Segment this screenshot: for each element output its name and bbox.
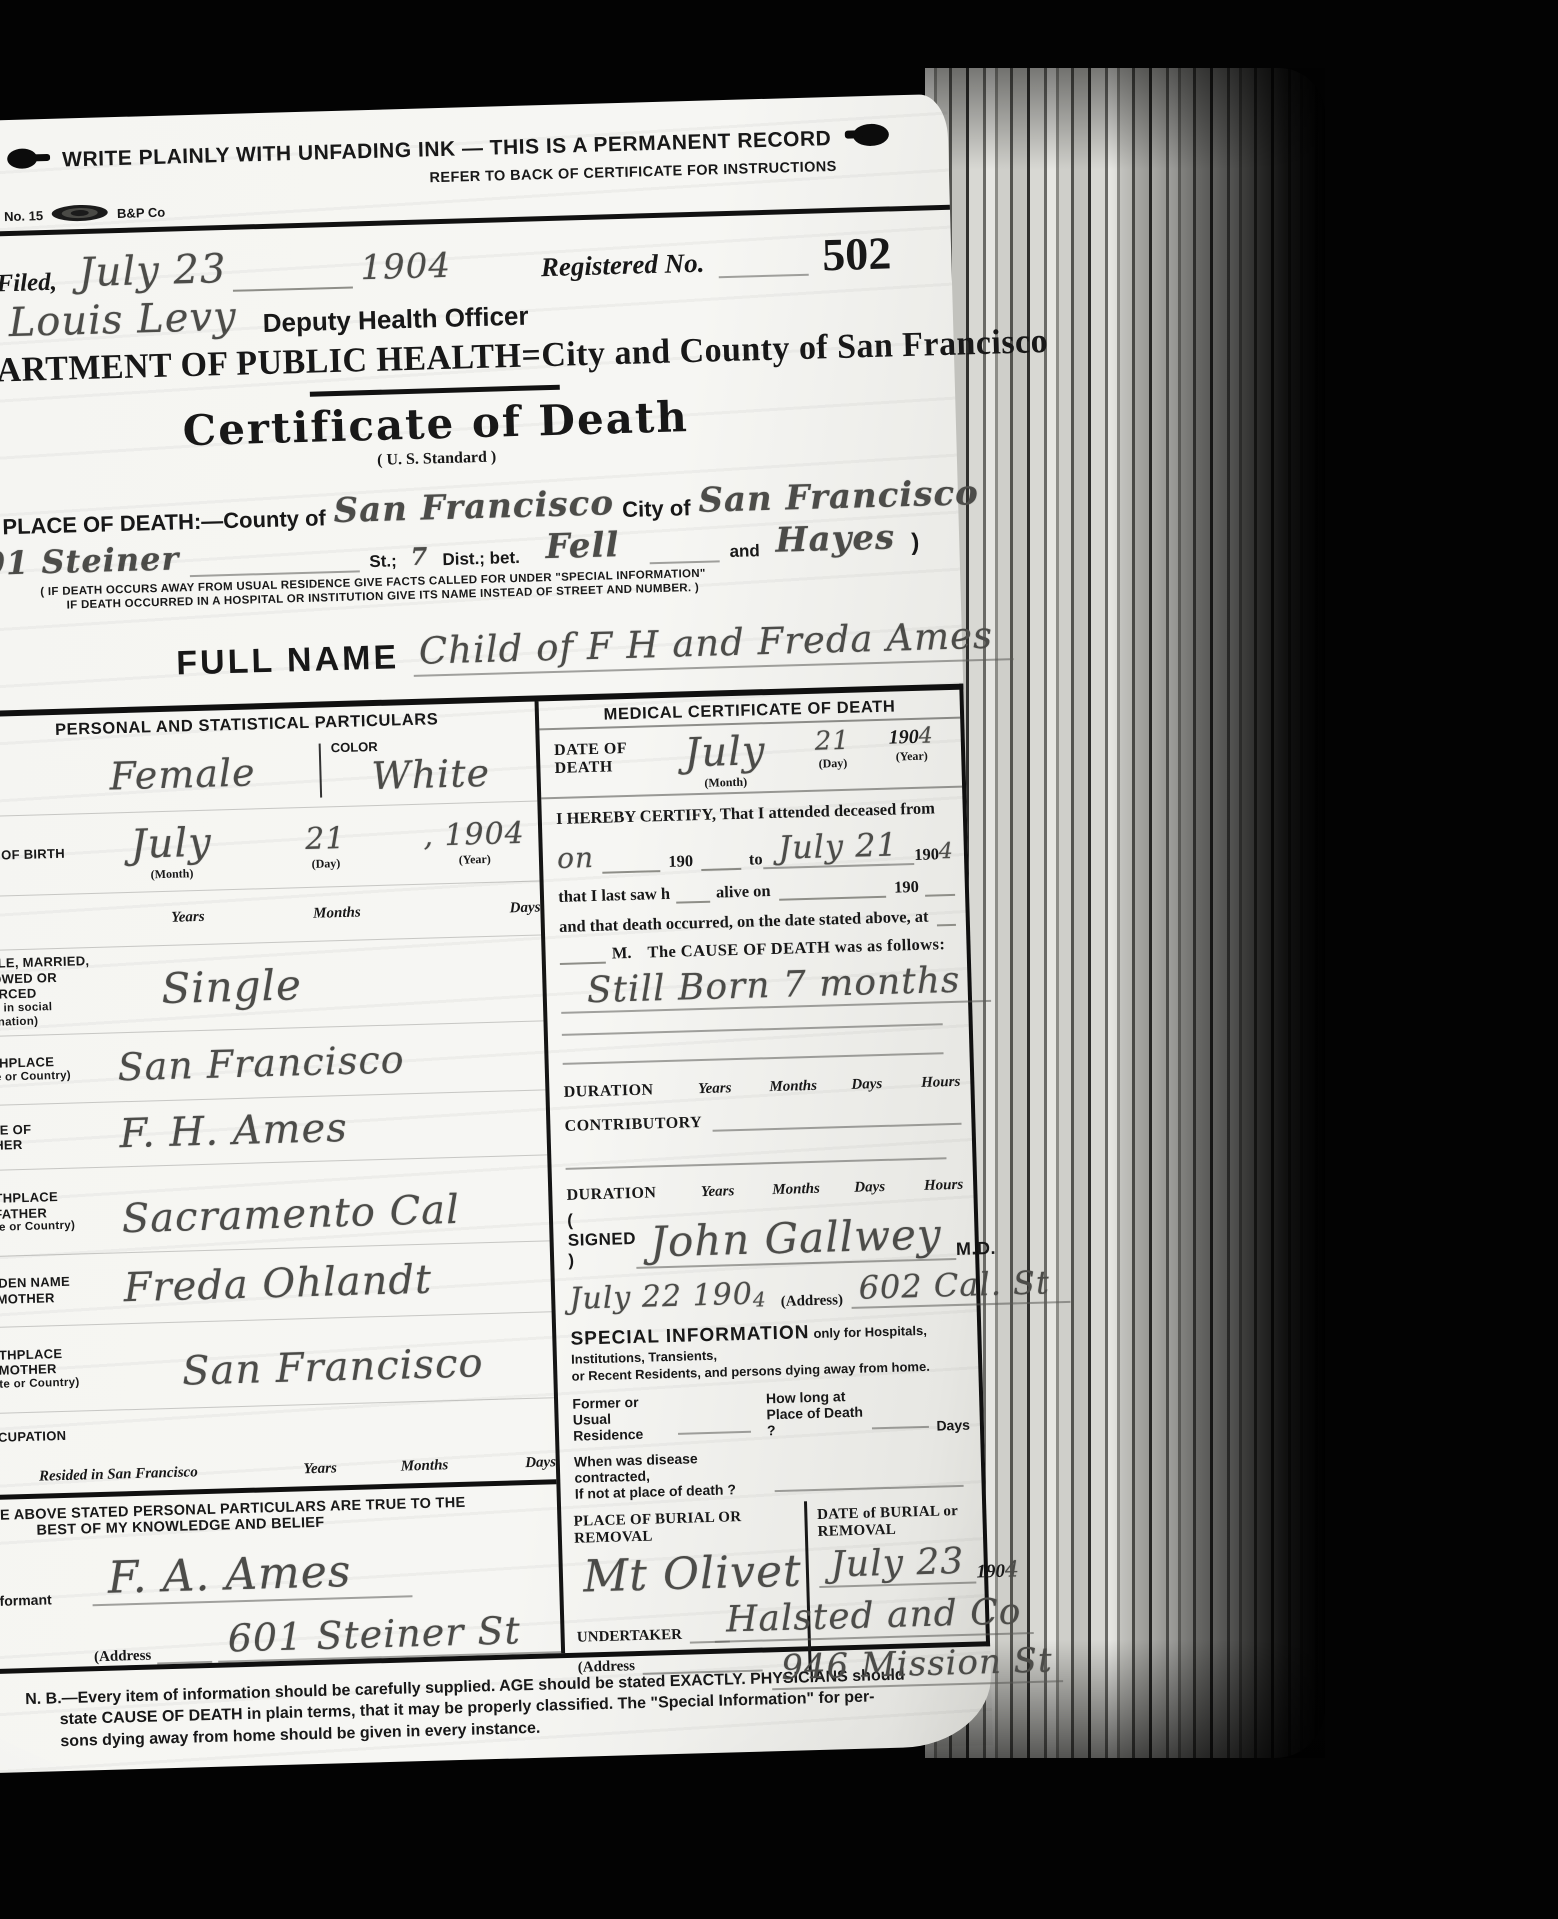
last-saw-year-printed: 190 — [894, 877, 919, 898]
informant-signature-handwriting: F. A. Ames — [91, 1544, 412, 1606]
death-day-handwriting: 21 — [814, 726, 850, 757]
close-paren: ) — [911, 529, 920, 557]
m-label: M. — [612, 943, 632, 964]
marital-value-handwriting: Single — [161, 960, 303, 1013]
burial-date-handwriting: July 23 — [818, 1540, 977, 1587]
month-caption: (Month) — [112, 865, 232, 883]
informant-label: (Informant — [0, 1590, 93, 1609]
death-year-printed: 190 — [888, 726, 919, 749]
to-label: to — [749, 849, 763, 869]
informant-address-label: (Address — [94, 1647, 152, 1666]
district-handwriting: 7 — [410, 541, 429, 570]
sex-value-handwriting: Female — [109, 748, 320, 798]
burial-section: PLACE OF BURIAL OR REMOVAL Mt Olivet UND… — [561, 1496, 986, 1677]
death-certificate-document: WRITE PLAINLY WITH UNFADING INK — THIS I… — [0, 94, 993, 1774]
informant-address-handwriting: 601 Steiner St — [217, 1607, 561, 1663]
duration2-years-caption: Years — [680, 1182, 756, 1201]
undertaker-name-handwriting: Halsted and Co — [713, 1591, 1034, 1643]
to-year-printed: 190 — [914, 844, 939, 865]
father-birthplace-row: BIRTHPLACE OF FATHER (State or Country) … — [0, 1156, 550, 1258]
signed-address-label: (Address) — [781, 1292, 844, 1311]
birthplace-value-handwriting: San Francisco — [117, 1037, 405, 1089]
form-table: PERSONAL AND STATISTICAL PARTICULARS Fem… — [0, 683, 990, 1675]
attended-to-handwriting: July 21 — [762, 825, 915, 869]
resided-months-caption: Months — [374, 1456, 474, 1476]
undertaker-label: UNDERTAKER — [577, 1627, 682, 1647]
duration-hours-caption: Hours — [900, 1074, 961, 1093]
marital-status-row: SINGLE, MARRIED, WIDOWED OR DIVORCED (Wr… — [0, 936, 544, 1038]
former-residence-label-2: Usual Residence — [573, 1409, 679, 1444]
color-value-handwriting: White — [371, 751, 491, 798]
title-underline — [310, 385, 560, 397]
age-label — [0, 920, 113, 924]
to-year-handwriting: 4 — [939, 839, 955, 864]
birthplace-label-2: (State or Country) — [0, 1068, 118, 1086]
resided-days-caption: Days — [474, 1454, 556, 1473]
full-name-row: FULL NAME Child of F H and Freda Ames — [176, 616, 903, 683]
registered-no-label: Registered No. — [541, 248, 705, 284]
md-label: M.D. — [956, 1238, 997, 1260]
death-month-handwriting: July — [684, 728, 766, 776]
printer-seal-icon — [51, 203, 110, 226]
death-year-handwriting: 4 — [918, 723, 934, 748]
filed-date-handwriting: July 23 — [78, 246, 227, 296]
signed-date-year-handwriting: 4 — [753, 1287, 767, 1311]
undertaker-address-handwriting: 946 Mission St — [771, 1640, 1063, 1690]
city-handwriting: San Francisco — [698, 473, 979, 521]
attest-section: THE ABOVE STATED PERSONAL PARTICULARS AR… — [0, 1479, 561, 1669]
between-street-2-handwriting: Hayes — [775, 517, 896, 560]
disease-contracted-row: When was disease contracted, If not at p… — [560, 1434, 982, 1508]
duration-years-caption: Years — [677, 1079, 753, 1098]
personal-column: PERSONAL AND STATISTICAL PARTICULARS Fem… — [0, 701, 561, 1670]
death-day-caption: (Day) — [793, 755, 872, 772]
marital-label-3: (Write in social designation) — [0, 999, 116, 1031]
how-long-days-label: Days — [936, 1416, 970, 1433]
mother-name-label-2: OF MOTHER — [0, 1288, 124, 1308]
attended-from-handwriting: on — [557, 841, 595, 875]
date-of-birth-label: DATE OF BIRTH — [0, 845, 112, 865]
occupation-label: OCCUPATION — [0, 1426, 128, 1446]
father-name-handwriting: F. H. Ames — [119, 1105, 348, 1157]
age-months-caption: Months — [262, 903, 411, 924]
duration-label: DURATION — [563, 1080, 677, 1101]
death-year-caption: (Year) — [872, 748, 951, 765]
birth-year-handwriting: , 1904 — [409, 816, 539, 855]
burial-year-printed: 190 — [976, 1561, 1005, 1584]
signed-date-handwriting: July 22 190 — [569, 1276, 753, 1316]
age-years-caption: Years — [113, 907, 262, 928]
resided-years-caption: Years — [266, 1459, 375, 1479]
burial-year-handwriting: 4 — [1005, 1557, 1021, 1582]
father-birthplace-handwriting: Sacramento Cal — [121, 1187, 460, 1242]
signed-row: ( SIGNED ) John Gallwey M.D. — [553, 1195, 975, 1273]
sex-label — [0, 776, 109, 780]
birth-day-handwriting: 21 — [260, 820, 390, 859]
father-name-label-2: FATHER — [0, 1134, 120, 1154]
how-long-label-2: Place of Death ? — [766, 1403, 872, 1438]
duration-months-caption: Months — [752, 1077, 834, 1096]
county-handwriting: San Francisco — [333, 483, 614, 531]
duration2-hours-caption: Hours — [903, 1177, 964, 1196]
last-saw-text-2: alive on — [716, 881, 771, 903]
burial-date-label: DATE of BURIAL or REMOVAL — [817, 1501, 1019, 1541]
filed-label: Date Filed, — [0, 269, 57, 300]
officer-signature-handwriting: Louis Levy — [8, 294, 237, 346]
district-label: Dist.; bet. — [442, 548, 520, 570]
street-label: St.; — [369, 551, 397, 572]
resided-label: Resided in San Francisco — [39, 1462, 266, 1485]
signed-address-handwriting: 602 Cal. St — [850, 1263, 1070, 1309]
duration-days-caption: Days — [834, 1075, 901, 1094]
pointing-hand-icon — [843, 121, 894, 154]
street-handwriting: 601 Steiner — [0, 539, 180, 583]
duration2-months-caption: Months — [755, 1180, 837, 1199]
special-info-title: SPECIAL INFORMATION — [570, 1322, 809, 1350]
last-saw-text-1: that I last saw h — [558, 884, 670, 907]
city-label: City of — [622, 495, 691, 523]
date-of-death-row: DATE OF DEATH July (Month) 21 (Day) 1904… — [540, 718, 963, 799]
marital-label-2: WIDOWED OR DIVORCED — [0, 968, 116, 1003]
filed-year-handwriting: 1904 — [360, 246, 452, 289]
full-name-label: FULL NAME — [176, 638, 400, 683]
father-birthplace-label-3: (State or Country) — [0, 1219, 122, 1237]
between-street-1-handwriting: Fell — [545, 525, 620, 567]
contributory-label: CONTRIBUTORY — [564, 1114, 702, 1136]
physician-signature-handwriting: John Gallwey — [635, 1209, 956, 1269]
day-caption: (Day) — [261, 855, 390, 874]
form-number: Health—F No. 15 — [0, 208, 43, 226]
officer-title: Deputy Health Officer — [262, 301, 529, 339]
mother-birthplace-label-3: (State or Country) — [0, 1375, 127, 1393]
mother-maiden-name-handwriting: Freda Ohlandt — [123, 1257, 433, 1312]
medical-column: MEDICAL CERTIFICATE OF DEATH DATE OF DEA… — [535, 689, 986, 1652]
birth-month-handwriting: July — [111, 819, 232, 868]
cell-divider — [319, 743, 323, 797]
from-year-printed: 190 — [668, 851, 693, 872]
scanned-photo: WRITE PLAINLY WITH UNFADING INK — THIS I… — [0, 0, 1558, 1919]
full-name-handwriting: Child of F H and Freda Ames — [412, 613, 1013, 677]
printer-name: B&P Co — [117, 205, 166, 221]
burial-place-handwriting: Mt Olivet — [583, 1545, 803, 1602]
burial-place-label: PLACE OF BURIAL OR REMOVAL — [573, 1507, 800, 1547]
duration-label-2: DURATION — [566, 1183, 680, 1204]
signed-label: ( SIGNED ) — [567, 1209, 637, 1271]
and-label: and — [729, 541, 760, 562]
duration2-days-caption: Days — [836, 1178, 903, 1197]
mother-birthplace-handwriting: San Francisco — [181, 1341, 484, 1395]
mother-birthplace-row: BIRTHPLACE OF MOTHER (State or Country) … — [0, 1312, 554, 1414]
registered-no-value: 502 — [822, 232, 892, 275]
pointing-hand-icon — [4, 147, 51, 176]
date-of-death-label: DATE OF DEATH — [554, 731, 672, 795]
age-days-caption: Days — [411, 899, 541, 920]
